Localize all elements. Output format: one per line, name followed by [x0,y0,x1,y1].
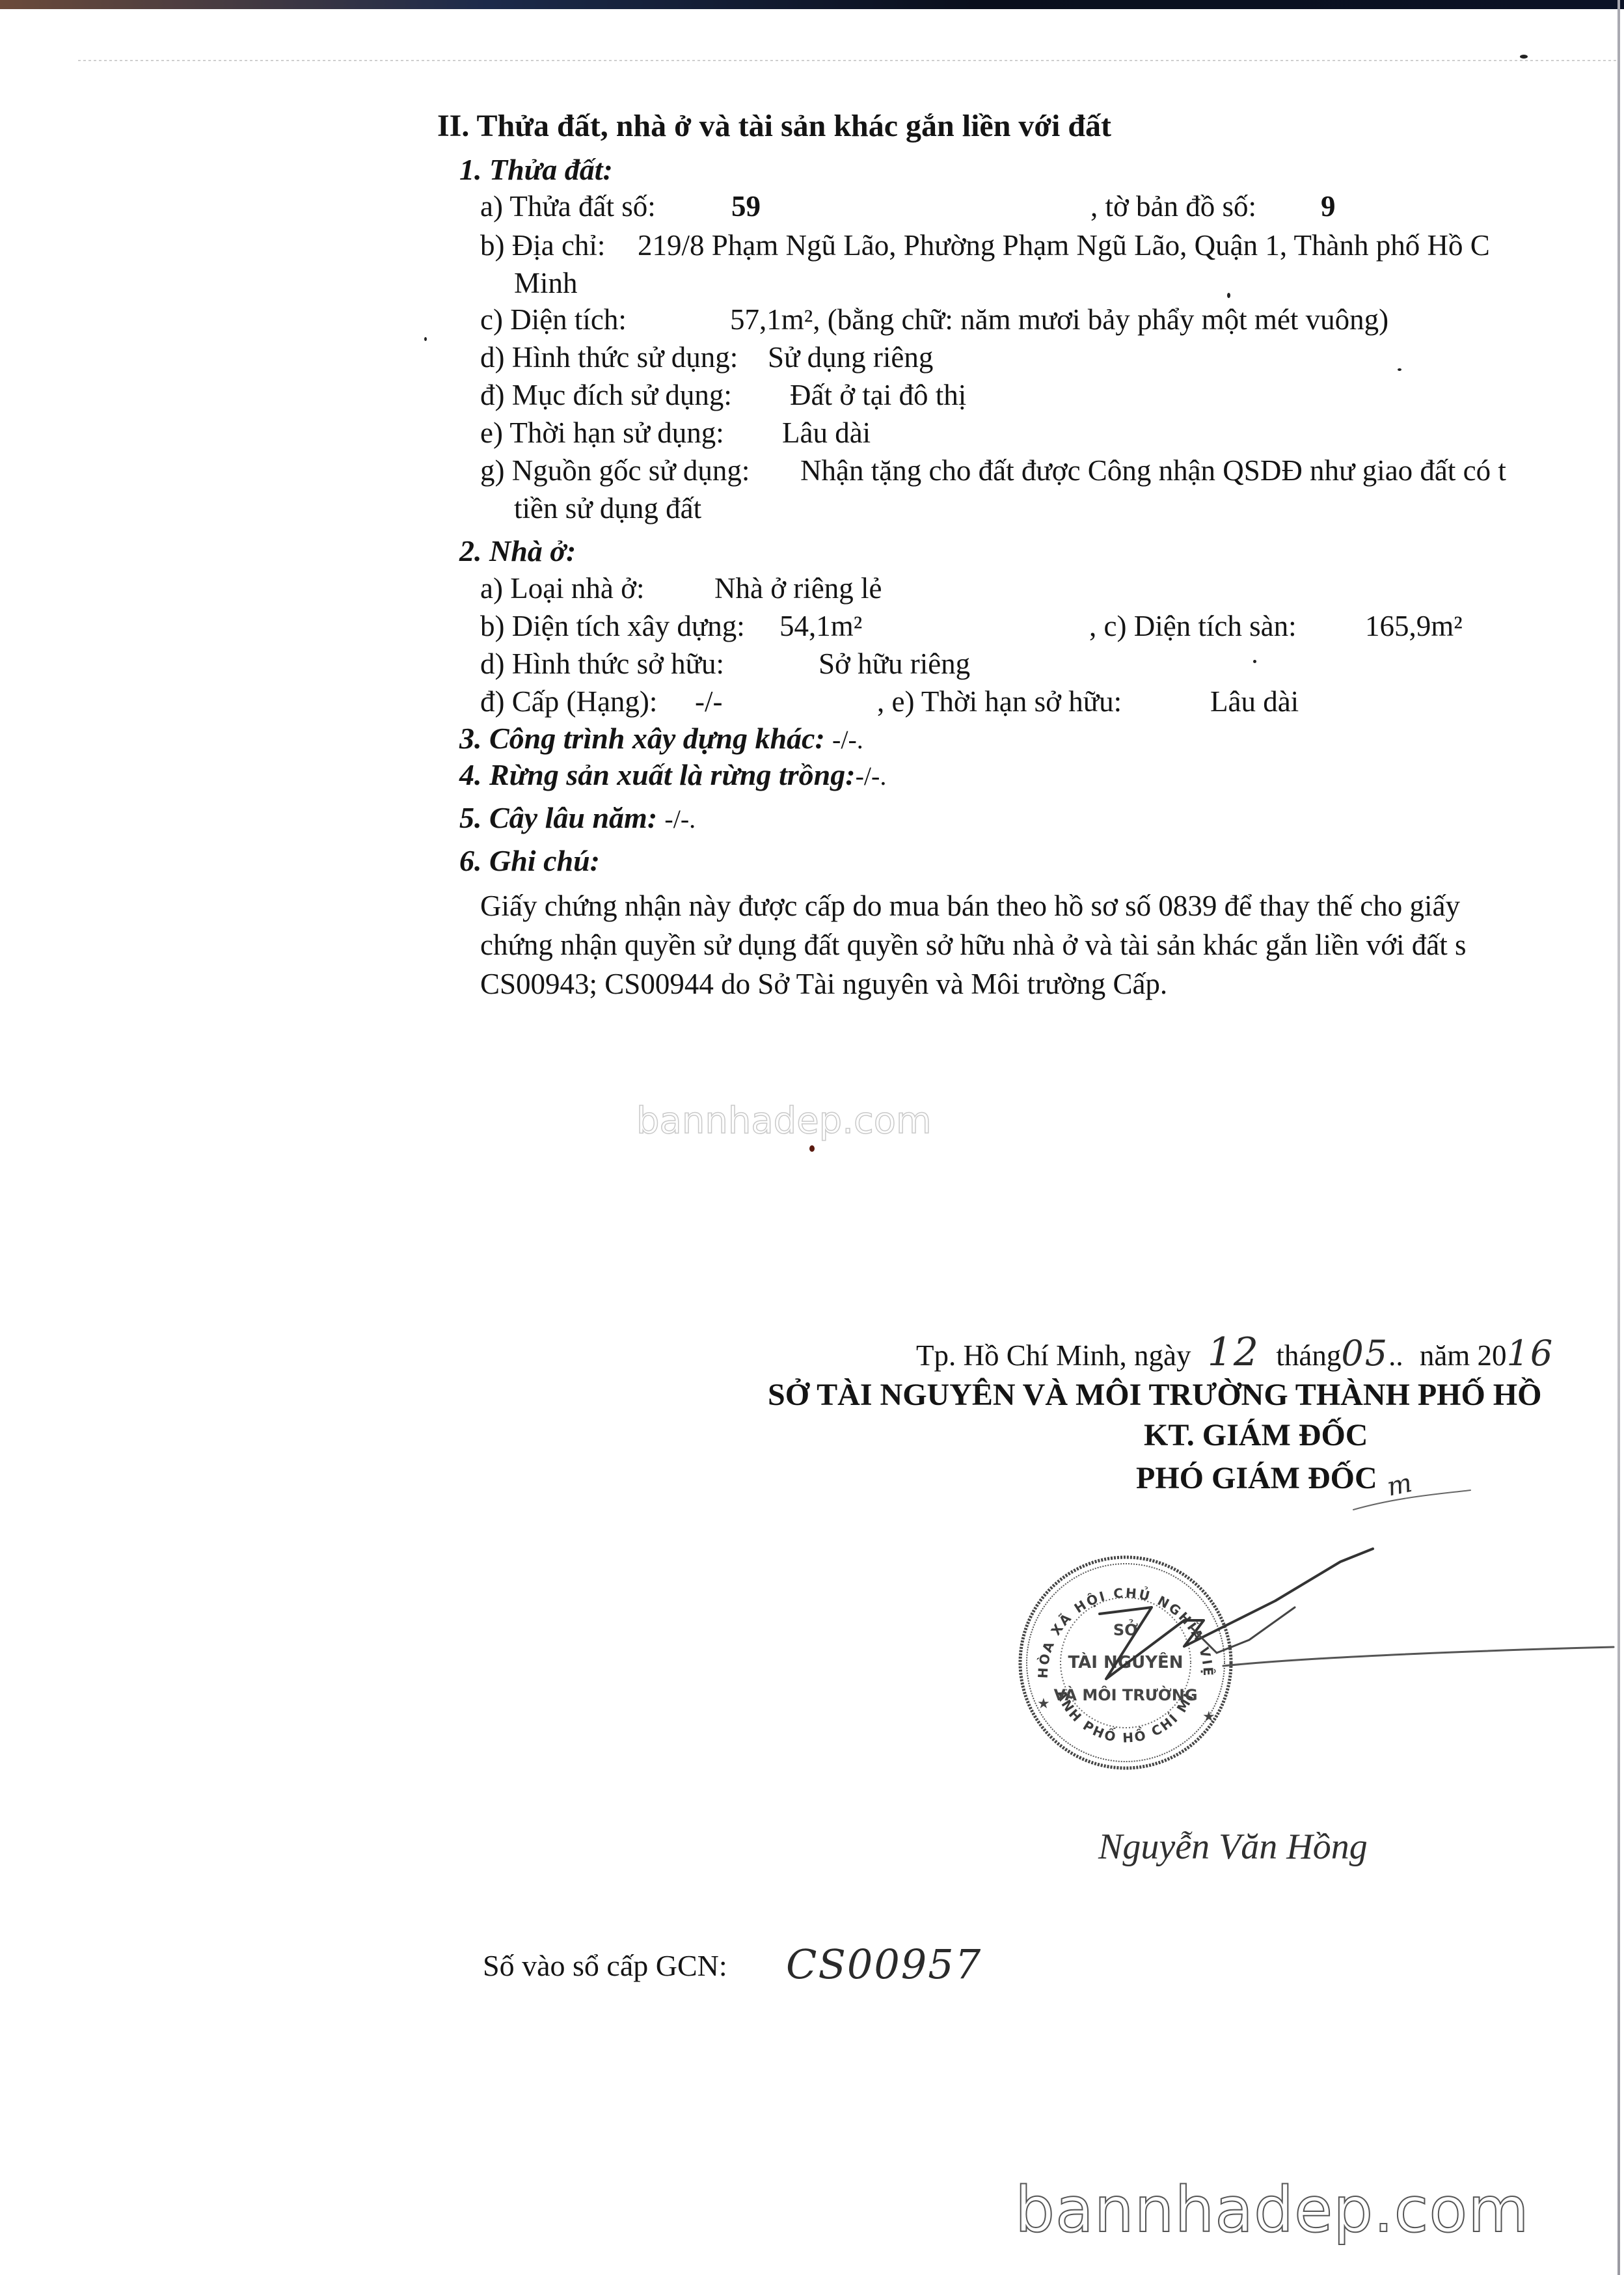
house-heading: 2. Nhà ở: [459,536,576,566]
date-month: 05 [1341,1333,1388,1374]
scan-right-edge [1617,0,1620,2275]
area-value: 57,1m², (bằng chữ: năm mươi bảy phẩy một… [730,305,1388,334]
notes-heading: 6. Ghi chú: [459,846,600,876]
other-construction: 3. Công trình xây dựng khác: -/-. [459,724,863,754]
build-area-value: 54,1m² [779,612,862,641]
notes-line-1: Giấy chứng nhận này được cấp do mua bán … [480,892,1460,921]
scan-speck [424,337,427,341]
parcel-label: a) Thửa đất số: [480,192,656,221]
scan-speck [1227,293,1230,298]
map-sheet-value: 9 [1321,192,1336,221]
registry-label: Số vào sổ cấp GCN: [483,1951,727,1981]
date-year-label: năm 20 [1420,1339,1507,1372]
signer-name: Nguyễn Văn Hồng [1098,1829,1368,1865]
address-value: 219/8 Phạm Ngũ Lão, Phường Phạm Ngũ Lão,… [638,231,1490,260]
use-form-value: Sử dụng riêng [768,343,933,372]
other-perennial: 5. Cây lâu năm: -/-. [459,803,696,833]
address-value-cont: Minh [514,269,578,298]
other-perennial-value: -/-. [664,804,696,834]
ownership-value: Sở hữu riêng [819,649,970,679]
watermark-center: bannhadep.com [636,1100,932,1142]
date-day: 12 [1208,1329,1260,1375]
own-term-value: Lâu dài [1210,687,1299,716]
certificate-page: II. Thửa đất, nhà ở và tài sản khác gắn … [0,0,1620,2275]
use-form-label: d) Hình thức sử dụng: [480,343,738,372]
origin-label: g) Nguồn gốc sử dụng: [480,456,750,485]
grade-value: -/- [695,687,722,716]
signer-title-1: KT. GIÁM ĐỐC [1144,1420,1368,1451]
svg-text:SỞ: SỞ [1113,1618,1138,1639]
map-sheet-label: , tờ bản đồ số: [1090,192,1256,221]
scan-speck [1398,368,1401,371]
origin-value-cont: tiền sử dụng đất [514,494,701,523]
date-month-dots: .. [1388,1339,1403,1372]
issuing-org: SỞ TÀI NGUYÊN VÀ MÔI TRƯỜNG THÀNH PHỐ HỒ [768,1380,1541,1411]
watermark-bottom: bannhadep.com [1015,2173,1530,2246]
origin-value: Nhận tặng cho đất được Công nhận QSDĐ nh… [800,456,1506,485]
area-label: c) Diện tích: [480,305,627,334]
notes-line-2: chứng nhận quyền sử dụng đất quyền sở hữ… [480,931,1467,960]
notes-line-3: CS00943; CS00944 do Sở Tài nguyên và Môi… [480,970,1167,999]
other-perennial-label: 5. Cây lâu năm: [459,801,657,834]
build-area-label: b) Diện tích xây dựng: [480,612,745,641]
svg-text:★: ★ [1202,1708,1215,1724]
floor-area-label: , c) Diện tích sàn: [1089,612,1297,641]
registry-value: CS00957 [786,1944,982,1985]
term-label: e) Thời hạn sử dụng: [480,418,724,448]
grade-label: đ) Cấp (Hạng): [480,687,657,716]
svg-text:VÀ MÔI TRƯỜNG: VÀ MÔI TRƯỜNG [1053,1685,1197,1704]
place-date-prefix: Tp. Hồ Chí Minh, ngày [916,1339,1191,1372]
parcel-value: 59 [731,192,761,221]
section-title: II. Thửa đất, nhà ở và tài sản khác gắn … [437,111,1111,142]
date-year-suffix: 16 [1507,1333,1554,1374]
land-heading: 1. Thửa đất: [459,155,613,185]
other-forest-value: -/-. [856,761,887,791]
svg-text:TÀI NGUYÊN: TÀI NGUYÊN [1068,1652,1183,1672]
scan-speck [1520,55,1528,59]
svg-text:★: ★ [1037,1695,1050,1711]
term-value: Lâu dài [782,418,871,448]
purpose-value: Đất ở tại đô thị [790,381,966,410]
date-month-label: tháng [1276,1339,1341,1372]
address-label: b) Địa chỉ: [480,231,605,260]
floor-area-value: 165,9m² [1365,612,1463,641]
other-construction-label: 3. Công trình xây dựng khác: [459,722,825,755]
signer-title-2: PHÓ GIÁM ĐỐC [1136,1463,1377,1494]
official-seal: CỘNG HÒA XÃ HỘI CHỦ NGHĨA VIỆT NAM THÀNH… [1015,1552,1236,1773]
other-construction-value: -/-. [832,725,863,754]
house-type-label: a) Loại nhà ở: [480,574,644,603]
scan-speck [809,1145,815,1152]
place-date: Tp. Hồ Chí Minh, ngày 12 tháng05.. năm 2… [916,1333,1554,1372]
initials-mark: m [1385,1469,1415,1500]
other-forest: 4. Rừng sản xuất là rừng trồng:-/-. [459,760,886,790]
purpose-label: đ) Mục đích sử dụng: [480,381,732,410]
scan-speck [1253,660,1256,663]
house-type-value: Nhà ở riêng lẻ [714,574,882,603]
other-forest-label: 4. Rừng sản xuất là rừng trồng: [459,758,856,791]
ownership-label: d) Hình thức sở hữu: [480,649,724,679]
own-term-label: , e) Thời hạn sở hữu: [877,687,1122,716]
